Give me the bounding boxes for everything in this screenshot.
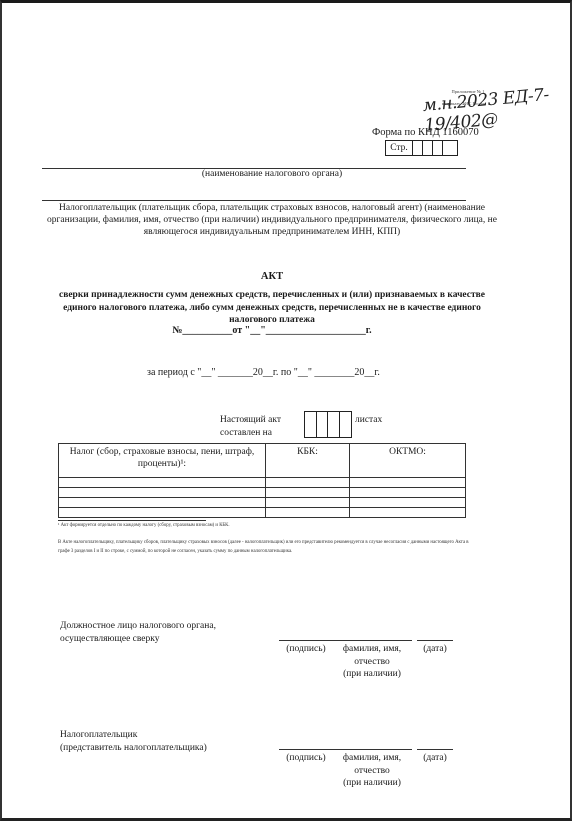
form-code: Форма по КНД 1160070 [372,127,479,138]
document-page: Приложение № 1 к приказу ФНС России м.н.… [0,0,572,821]
taxpayer-field[interactable] [42,200,466,201]
table-row [59,498,466,508]
tax-cell[interactable] [59,498,266,508]
act-number-line[interactable]: №__________от "__"____________________г. [42,325,502,336]
caption-signature: (подпись) [282,752,330,765]
header-tax: Налог (сбор, страховые взносы, пени, штр… [59,444,266,478]
taxpayer-signature-name-field[interactable] [279,749,412,750]
page-number-cell[interactable] [443,141,457,155]
oktmo-cell[interactable] [350,508,466,518]
header-oktmo: ОКТМО: [350,444,466,478]
sheets-label-line-2: составлен на [220,427,281,440]
caption-name-3: (при наличии) [337,777,407,790]
header-kbk: КБК: [266,444,350,478]
sheets-count-box [304,411,352,438]
sheets-label: Настоящий акт составлен на [220,414,281,439]
page-number-box: Стр. [385,140,458,156]
page-label: Стр. [386,141,413,155]
sheets-count-cell[interactable] [317,412,329,437]
sheets-label-line-1: Настоящий акт [220,414,281,427]
signer-taxpayer-label: Налогоплательщик (представитель налогопл… [60,729,207,754]
oktmo-cell[interactable] [350,498,466,508]
sheets-count-cell[interactable] [328,412,340,437]
act-title: АКТ [42,271,502,282]
table-row [59,508,466,518]
table-row [59,488,466,498]
kbk-cell[interactable] [266,478,350,488]
caption-full-name: фамилия, имя, отчество (при наличии) [337,752,407,790]
period-line[interactable]: за период с "__" _______20__г. по "__" _… [147,367,380,378]
signer-tax-officer-label: Должностное лицо налогового органа, осущ… [60,620,216,645]
page-number-cell[interactable] [433,141,443,155]
table-row [59,478,466,488]
oktmo-cell[interactable] [350,488,466,498]
sheets-count-cell[interactable] [305,412,317,437]
tax-table: Налог (сбор, страховые взносы, пени, штр… [58,443,466,518]
page-number-cell[interactable] [423,141,433,155]
tax-cell[interactable] [59,488,266,498]
tax-authority-caption: (наименование налогового органа) [42,169,502,179]
tax-officer-date-field[interactable] [417,640,453,641]
signer-label-line-2: (представитель налогоплательщика) [60,742,207,755]
page-number-cell[interactable] [413,141,423,155]
tax-cell[interactable] [59,478,266,488]
caption-name-1: фамилия, имя, [337,643,407,656]
signer-label-line-2: осуществляющее сверку [60,633,216,646]
signer-label-line-1: Должностное лицо налогового органа, [60,620,216,633]
taxpayer-date-field[interactable] [417,749,453,750]
caption-name-1: фамилия, имя, [337,752,407,765]
table-header-row: Налог (сбор, страховые взносы, пени, штр… [59,444,466,478]
sheets-suffix: листах [355,415,382,425]
footnote-divider [58,520,206,521]
caption-full-name: фамилия, имя, отчество (при наличии) [337,643,407,681]
sheets-count-cell[interactable] [340,412,352,437]
caption-name-3: (при наличии) [337,668,407,681]
tax-cell[interactable] [59,508,266,518]
kbk-cell[interactable] [266,508,350,518]
kbk-cell[interactable] [266,488,350,498]
caption-name-2: отчество [337,656,407,669]
caption-name-2: отчество [337,765,407,778]
footnote-1: ¹ Акт формируется отдельно по каждому на… [58,523,230,528]
tax-officer-signature-name-field[interactable] [279,640,412,641]
signer-label-line-1: Налогоплательщик [60,729,207,742]
act-subtitle: сверки принадлежности сумм денежных сред… [42,289,502,327]
oktmo-cell[interactable] [350,478,466,488]
footnote-note: В Акте налогоплательщику, плательщику сб… [58,538,478,556]
taxpayer-caption: Налогоплательщик (плательщик сбора, плат… [42,202,502,239]
caption-date: (дата) [414,643,456,656]
caption-date: (дата) [414,752,456,765]
kbk-cell[interactable] [266,498,350,508]
caption-signature: (подпись) [282,643,330,656]
